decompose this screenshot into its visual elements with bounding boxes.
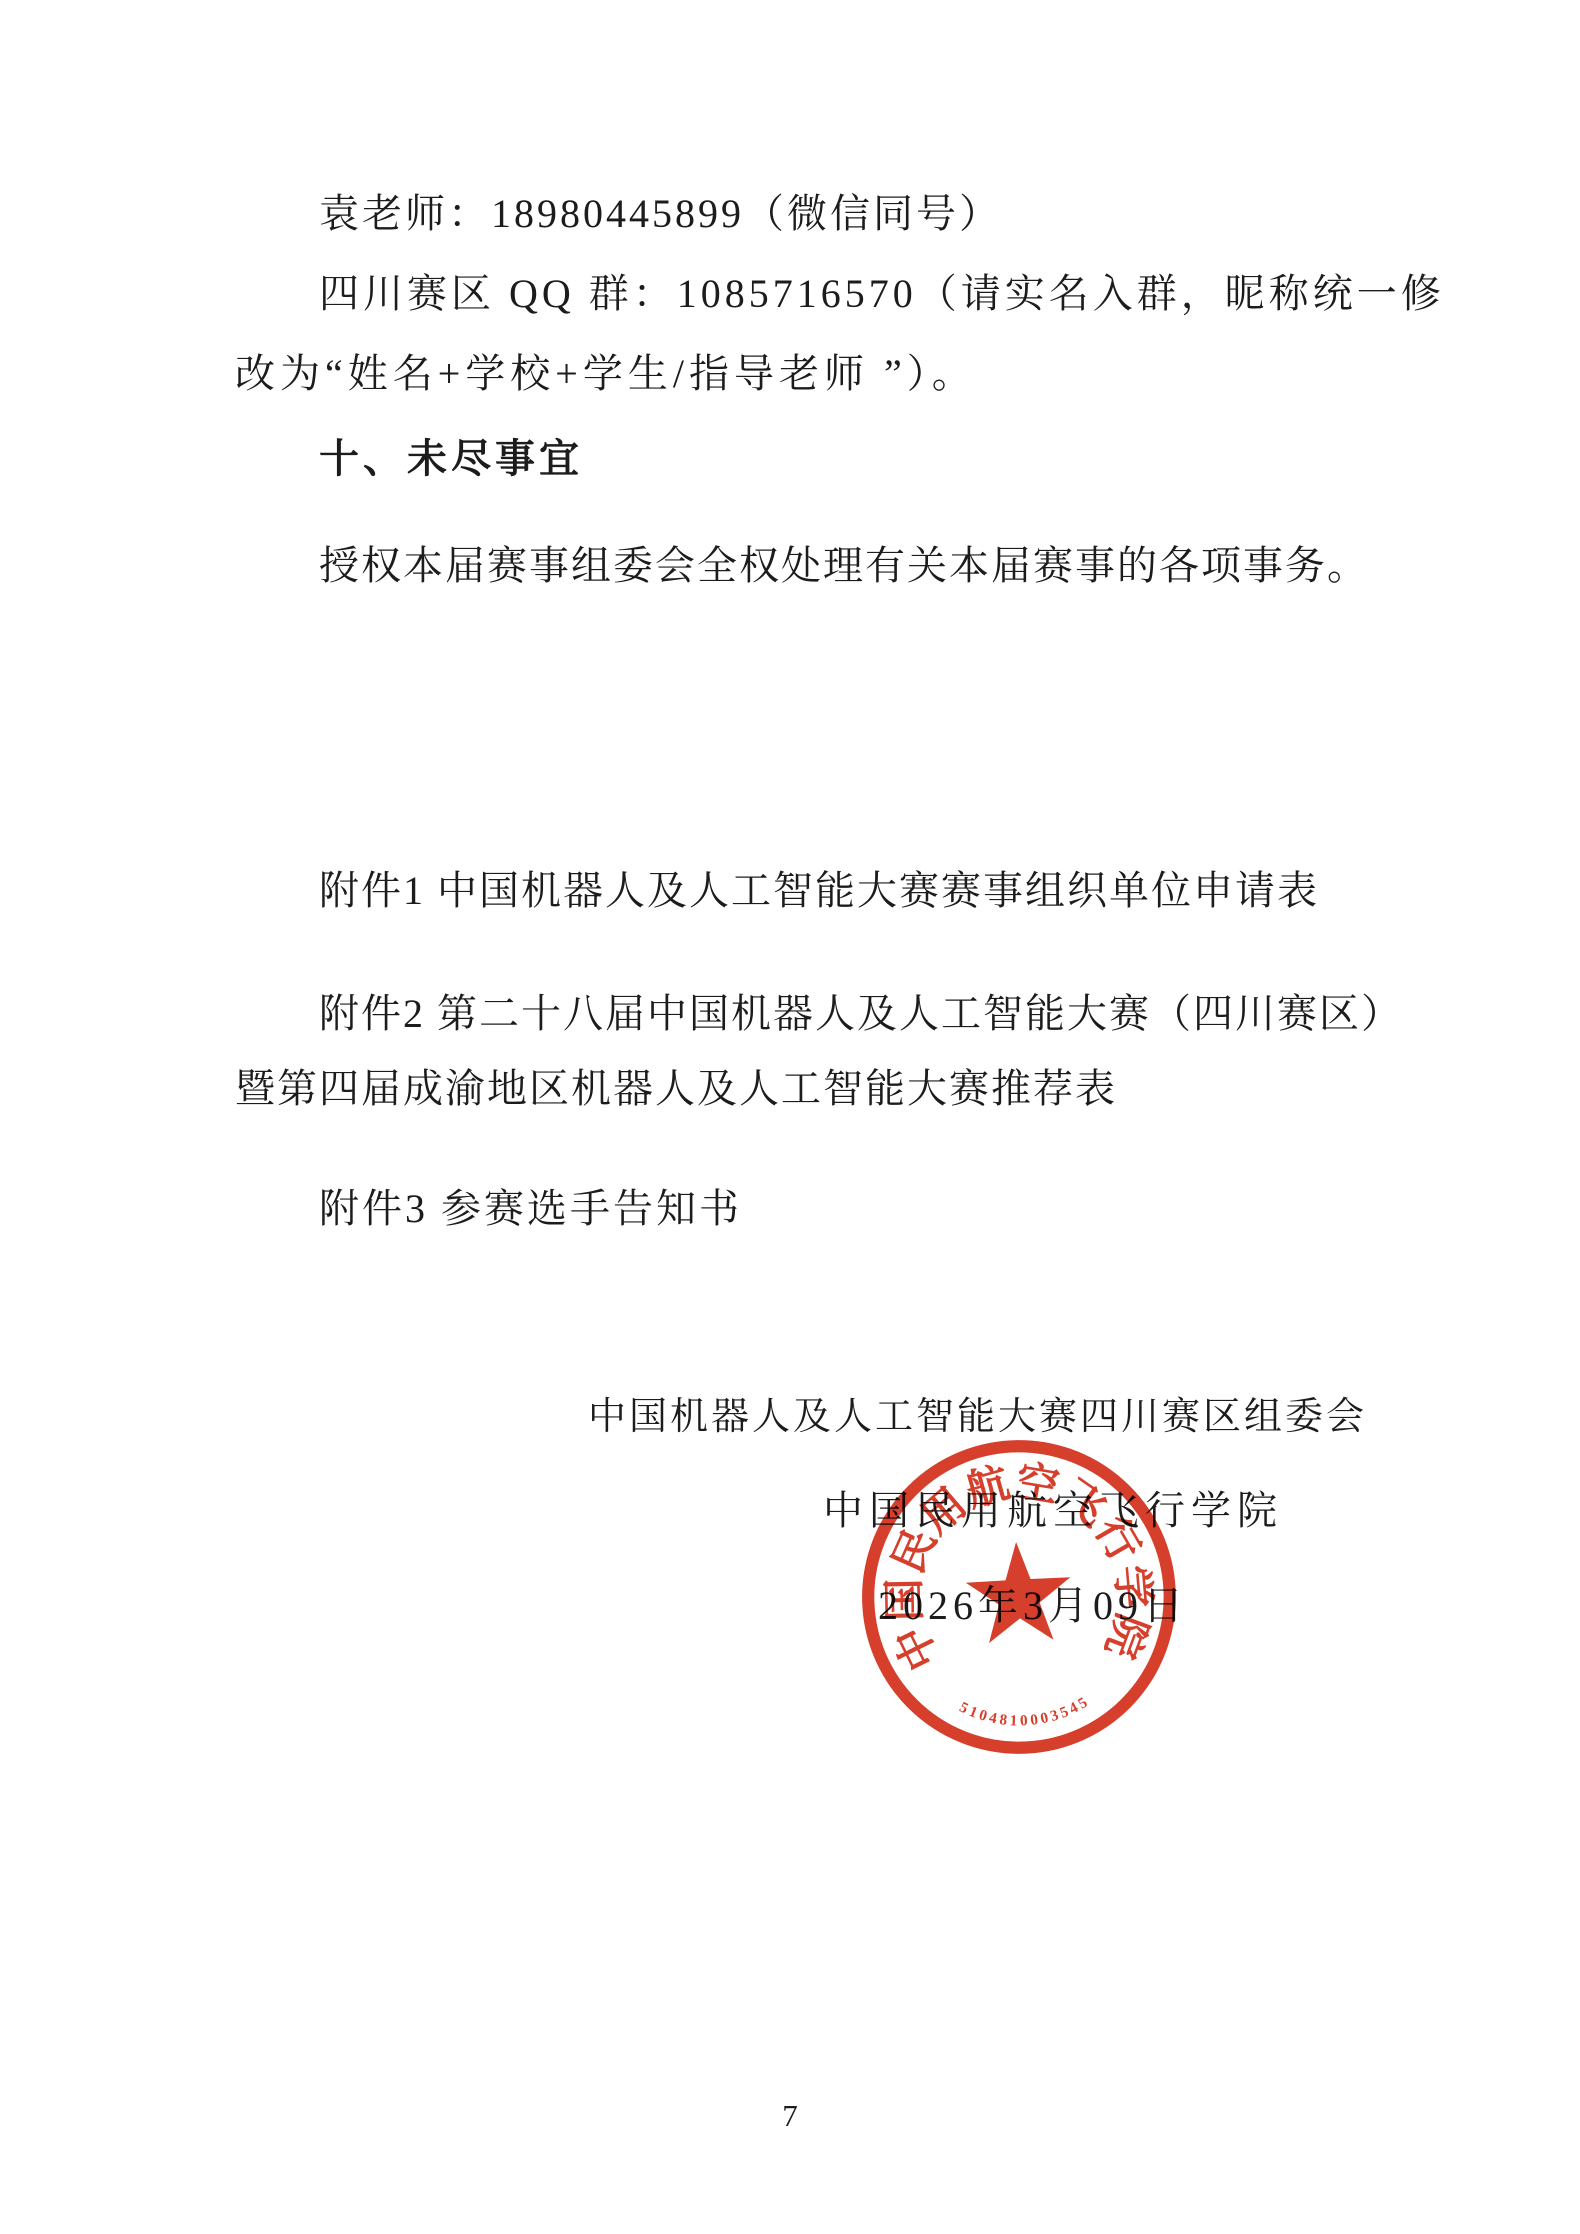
contact-line-qq-group: 四川赛区 QQ 群：1085716570（请实名入群，昵称统一修 [319,271,1445,317]
page-number: 7 [0,2098,1580,2134]
attachment-3: 附件3 参赛选手告知书 [319,1186,742,1232]
authorization-paragraph: 授权本届赛事组委会全权处理有关本届赛事的各项事务。 [319,543,1369,589]
official-seal-stamp: 中国民用航空飞行学院 5104810003545 [847,1428,1192,1769]
attachment-1: 附件1 中国机器人及人工智能大赛赛事组织单位申请表 [319,868,1319,914]
attachment-2-line1: 附件2 第二十八届中国机器人及人工智能大赛（四川赛区） [319,991,1403,1037]
star-icon [964,1539,1074,1644]
signature-committee: 中国机器人及人工智能大赛四川赛区组委会 [588,1394,1367,1440]
contact-line-qq-group-cont: 改为“姓名+学校+学生/指导老师 ”）。 [235,351,977,397]
attachment-2-line2: 暨第四届成渝地区机器人及人工智能大赛推荐表 [235,1066,1117,1112]
contact-line-teacher: 袁老师：18980445899（微信同号） [319,191,1002,237]
document-page: 袁老师：18980445899（微信同号） 四川赛区 QQ 群：10857165… [0,0,1580,2234]
seal-serial-number: 5104810003545 [956,1692,1094,1733]
section-heading: 十、未尽事宜 [319,436,583,482]
